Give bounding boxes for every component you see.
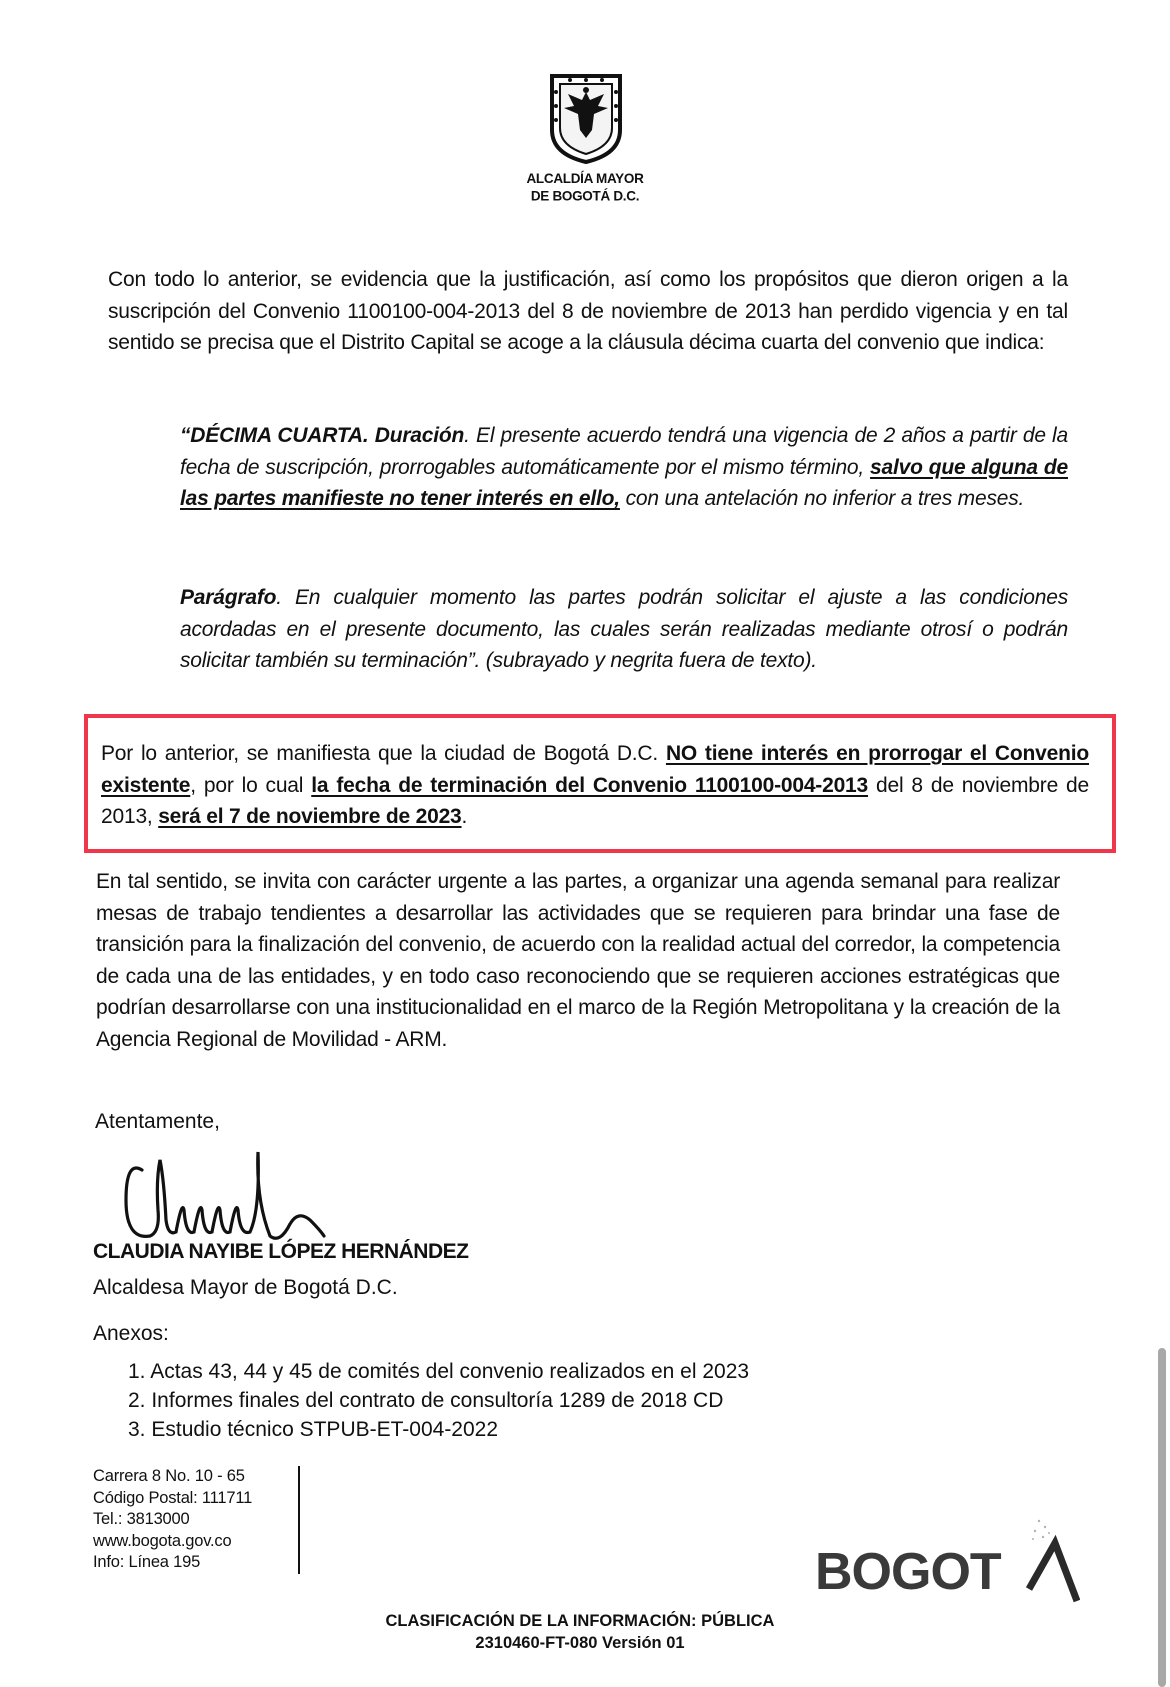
address-postal-code: Código Postal: 111711 [93, 1488, 252, 1510]
highlight-box: Por lo anterior, se manifiesta que la ci… [84, 714, 1116, 853]
invitation-paragraph: En tal sentido, se invita con carácter u… [96, 866, 1060, 1055]
annexes-list: 1. Actas 43, 44 y 45 de comités del conv… [128, 1357, 749, 1444]
institution-title: ALCALDÍA MAYOR DE BOGOTÁ D.C. [440, 169, 730, 205]
signer-role: Alcaldesa Mayor de Bogotá D.C. [93, 1276, 398, 1300]
signature-icon [120, 1140, 380, 1250]
annex-item: 3. Estudio técnico STPUB-ET-004-2022 [128, 1415, 749, 1444]
intro-paragraph: Con todo lo anterior, se evidencia que l… [108, 264, 1068, 359]
footer-address: Carrera 8 No. 10 - 65 Código Postal: 111… [93, 1466, 252, 1574]
address-phone: Tel.: 3813000 [93, 1509, 252, 1531]
paragrafo-text: . En cualquier momento las partes podrán… [180, 586, 1068, 672]
address-street: Carrera 8 No. 10 - 65 [93, 1466, 252, 1488]
footer-classification: CLASIFICACIÓN DE LA INFORMACIÓN: PÚBLICA… [300, 1610, 860, 1654]
paragrafo-label: Parágrafo [180, 586, 276, 609]
highlight-text: Por lo anterior, se manifiesta que la ci… [101, 742, 666, 765]
highlight-text: . [462, 805, 468, 828]
highlight-paragraph: Por lo anterior, se manifiesta que la ci… [101, 738, 1089, 833]
annex-item: 2. Informes finales del contrato de cons… [128, 1386, 749, 1415]
address-info-line: Info: Línea 195 [93, 1552, 252, 1574]
highlight-termination-date-label: la fecha de terminación del Convenio 110… [311, 774, 868, 797]
institution-title-line2: DE BOGOTÁ D.C. [440, 187, 730, 205]
vertical-scrollbar[interactable] [1158, 1348, 1166, 1687]
paragrafo-quote: Parágrafo. En cualquier momento las part… [180, 582, 1068, 677]
address-website: www.bogota.gov.co [93, 1531, 252, 1553]
bogota-brand-logo: BOGOT [815, 1515, 1080, 1605]
clause-quote: “DÉCIMA CUARTA. Duración. El presente ac… [180, 420, 1068, 515]
form-code: 2310460-FT-080 Versión 01 [300, 1632, 860, 1654]
clause-text-end: con una antelación no inferior a tres me… [620, 487, 1024, 510]
coat-of-arms-icon [548, 72, 624, 164]
annex-item: 1. Actas 43, 44 y 45 de comités del conv… [128, 1357, 749, 1386]
clause-heading: “DÉCIMA CUARTA. Duración [180, 424, 464, 447]
institution-title-line1: ALCALDÍA MAYOR [440, 169, 730, 187]
classification-label: CLASIFICACIÓN DE LA INFORMACIÓN: PÚBLICA [300, 1610, 860, 1632]
annexes-label: Anexos: [93, 1322, 169, 1346]
svg-text:BOGOT: BOGOT [815, 1543, 1002, 1601]
signer-name: CLAUDIA NAYIBE LÓPEZ HERNÁNDEZ [93, 1240, 468, 1264]
highlight-termination-date: será el 7 de noviembre de 2023 [158, 805, 461, 828]
salutation: Atentamente, [95, 1110, 220, 1134]
highlight-text: , por lo cual [190, 774, 311, 797]
footer-divider [298, 1466, 300, 1574]
